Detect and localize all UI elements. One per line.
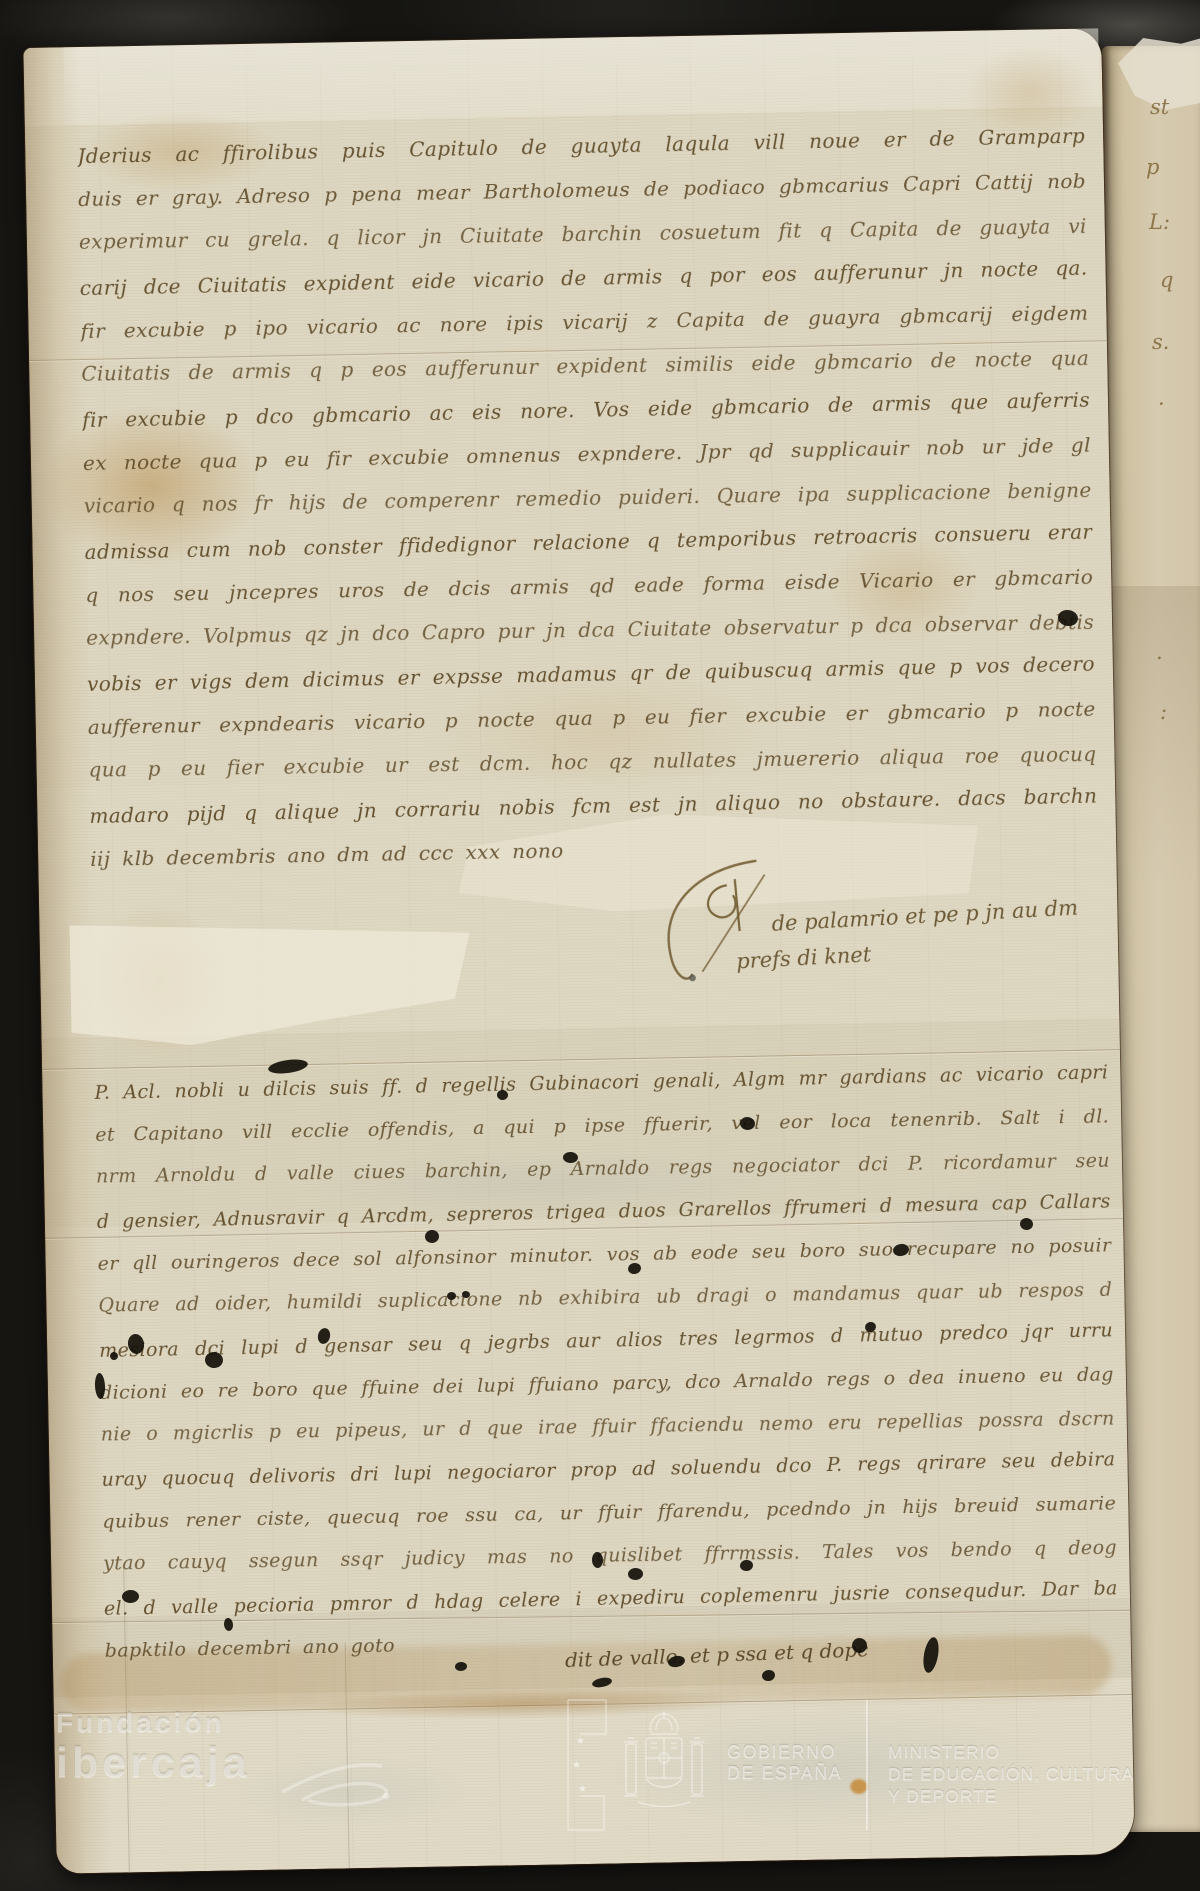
watermark-divider bbox=[866, 1700, 868, 1830]
ministerio-line3: Y DEPORTE bbox=[888, 1785, 1134, 1807]
spain-coat-of-arms-icon bbox=[618, 1710, 710, 1814]
ministerio-line2: DE EDUCACIÓN, CULTURA bbox=[888, 1763, 1134, 1785]
ink-blot bbox=[563, 1152, 578, 1163]
ministerio-watermark: MINISTERIO DE EDUCACIÓN, CULTURA Y DEPOR… bbox=[888, 1741, 1134, 1807]
ministerio-line1: MINISTERIO bbox=[888, 1741, 1134, 1763]
writing-fragment: p bbox=[1146, 155, 1159, 179]
paper-strip-seam-top bbox=[63, 28, 1099, 125]
writing-fragment: . bbox=[1156, 640, 1163, 664]
writing-fragment: : bbox=[1160, 700, 1167, 724]
star-icon: ★ bbox=[572, 1760, 581, 1771]
ibercaja-watermark-line2: ibercaja bbox=[56, 1740, 251, 1786]
notary-signature: de palamrio et pe p jn au dm prefs di kn… bbox=[638, 850, 1041, 1007]
facing-page-shadow bbox=[1102, 586, 1200, 886]
gobierno-watermark: GOBIERNO DE ESPAÑA bbox=[727, 1742, 842, 1784]
manuscript-page: Jderius ac ffirolibus puis Capitulo de g… bbox=[23, 28, 1134, 1873]
manuscript-text-block-2: P. Acl. nobli u dilcis suis ff. d regell… bbox=[94, 1052, 1119, 1672]
gobierno-line1: GOBIERNO bbox=[727, 1742, 842, 1763]
writing-fragment: s. bbox=[1152, 330, 1169, 354]
paraph-flourish-icon bbox=[638, 854, 791, 997]
ibercaja-watermark: Fundación ibercaja bbox=[56, 1706, 251, 1786]
star-icon: ★ bbox=[576, 1736, 585, 1747]
gobierno-line2: DE ESPAÑA bbox=[727, 1763, 842, 1784]
writing-fragment: q bbox=[1160, 268, 1173, 292]
signature-line: de palamrio et pe p jn au dm bbox=[771, 896, 1079, 936]
writing-fragment: L: bbox=[1149, 210, 1170, 234]
writing-fragment: · bbox=[1158, 392, 1165, 416]
star-icon: ★ bbox=[578, 1784, 587, 1795]
torn-paper-patch bbox=[69, 918, 471, 1047]
ibercaja-emblem-icon bbox=[278, 1744, 396, 1818]
manuscript-text-block-1: Jderius ac ffirolibus puis Capitulo de g… bbox=[77, 115, 1099, 881]
ibercaja-watermark-line1: Fundación bbox=[56, 1706, 251, 1740]
writing-fragment: st bbox=[1150, 95, 1169, 119]
archival-photograph: Jderius ac ffirolibus puis Capitulo de g… bbox=[0, 0, 1200, 1891]
